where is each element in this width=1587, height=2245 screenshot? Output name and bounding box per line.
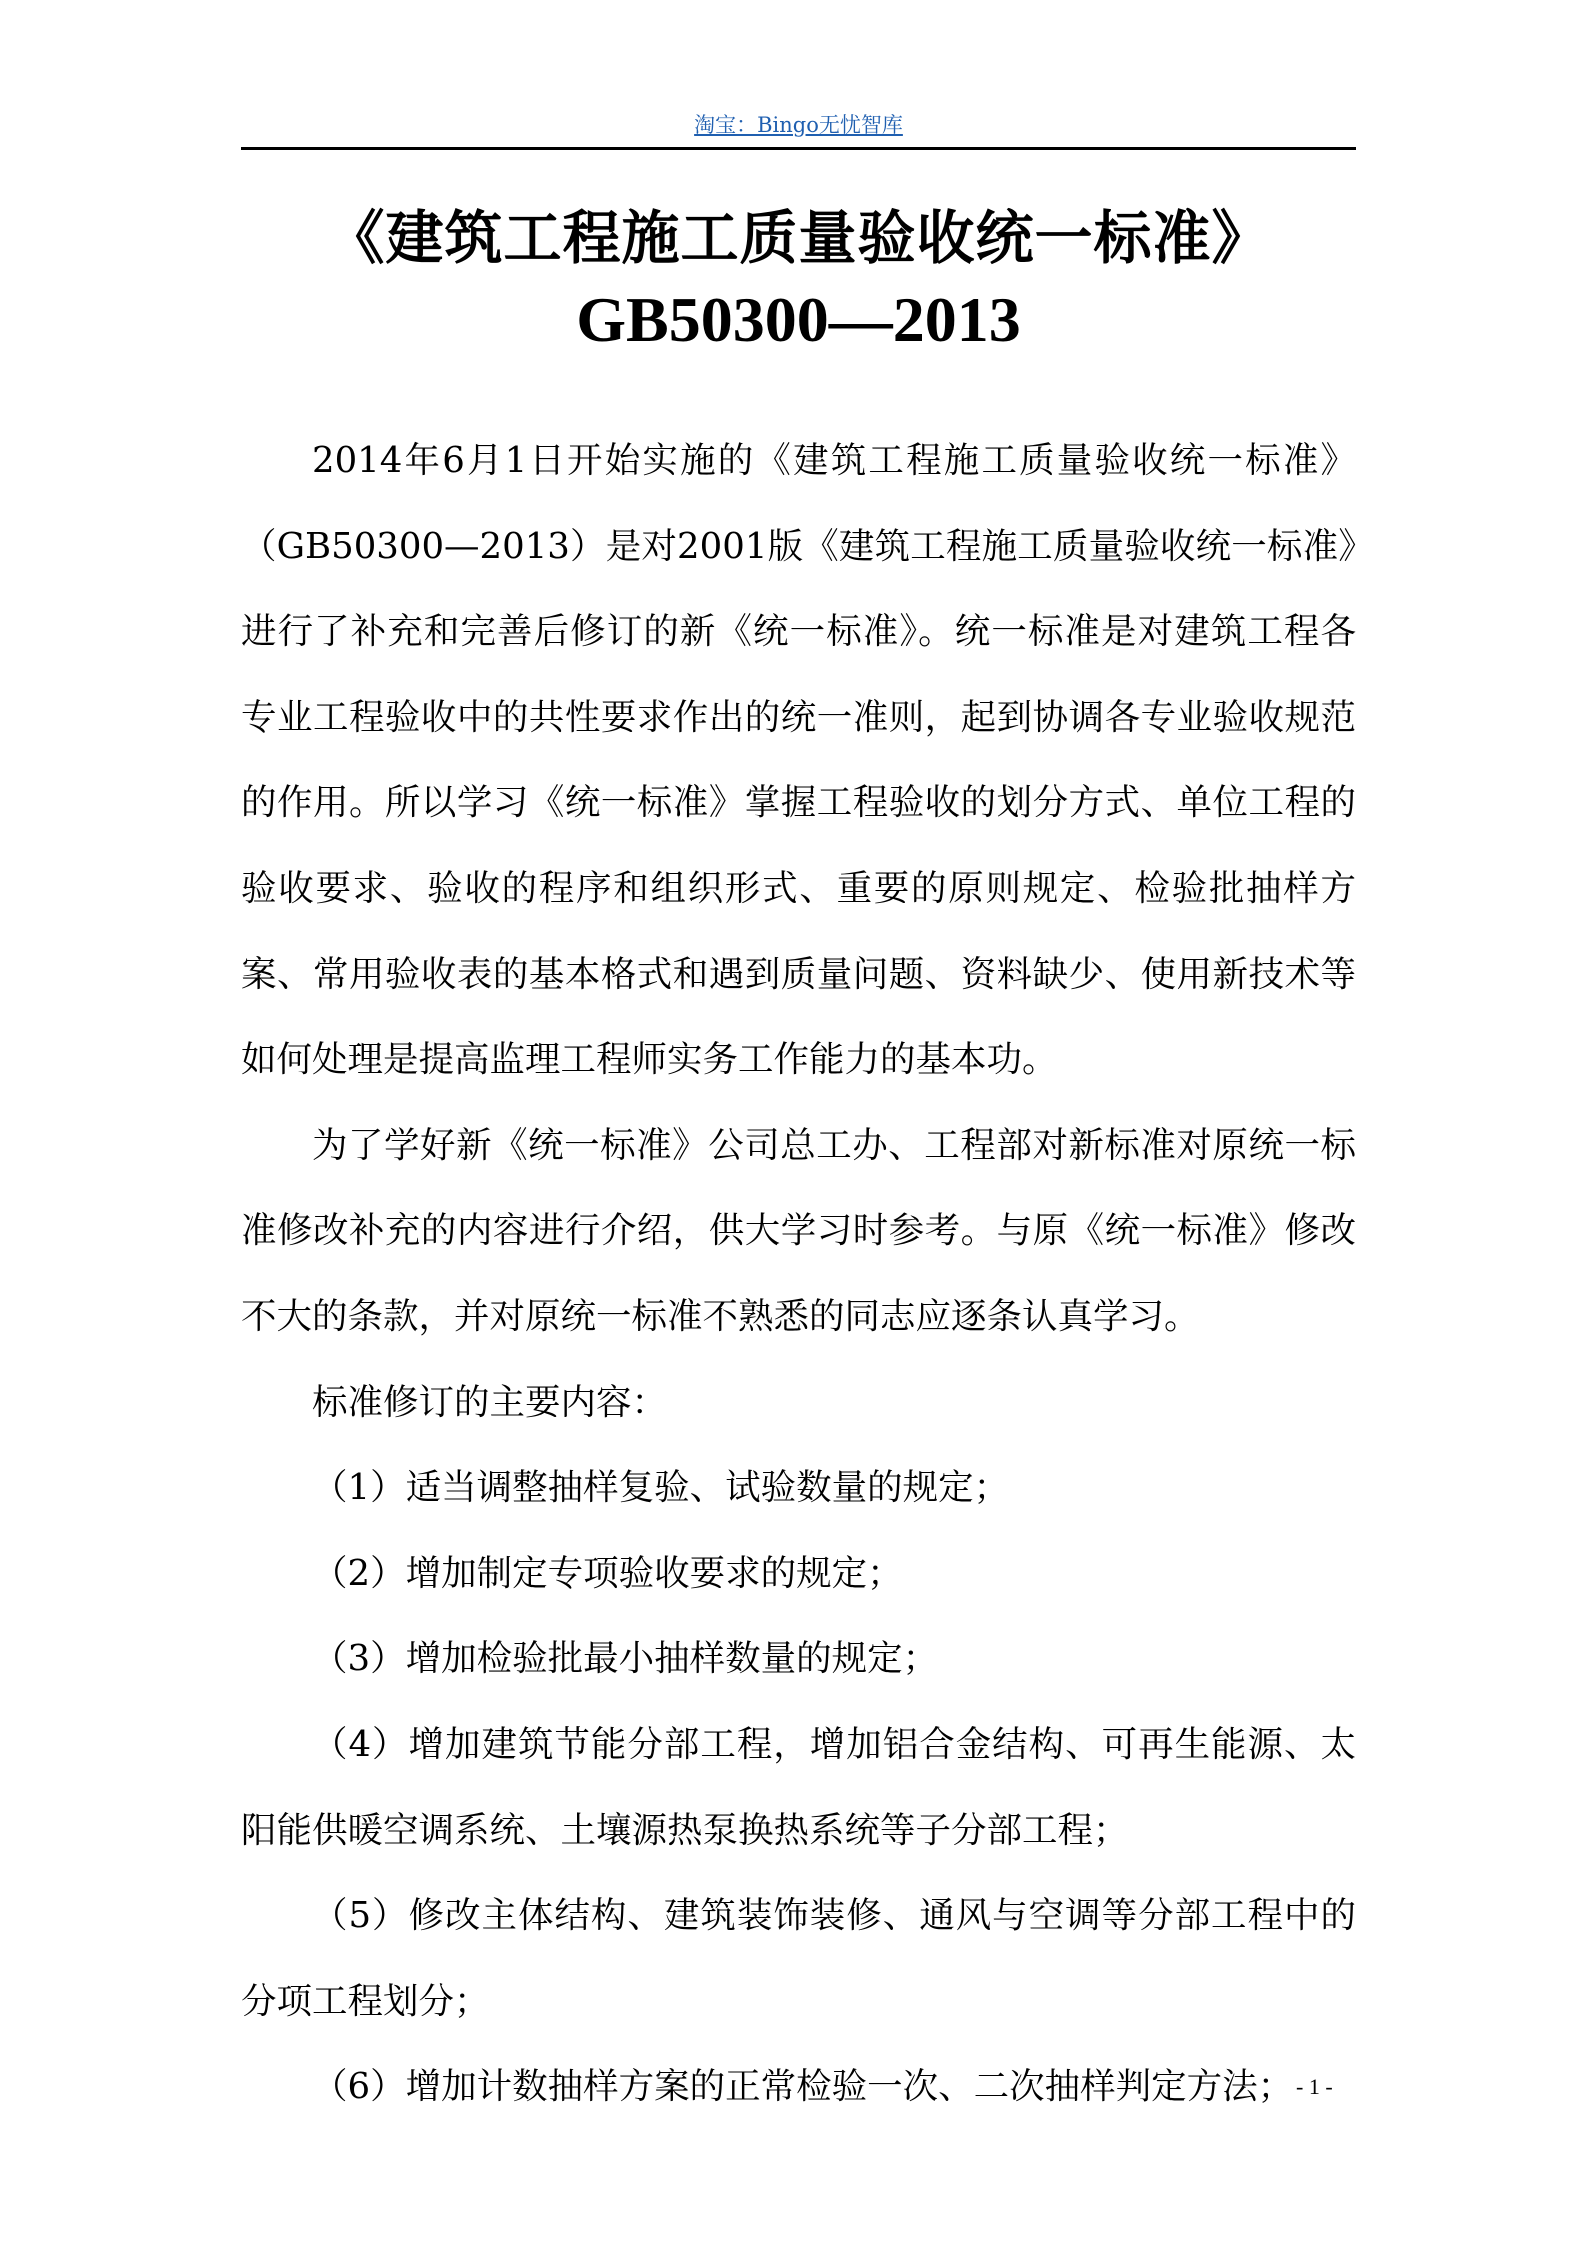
header-link[interactable]: 淘宝：Bingo无忧智库 (694, 110, 903, 140)
revision-item-5: （5）修改主体结构、建筑装饰装修、通风与空调等分部工程中的分项工程划分； (241, 1873, 1356, 2044)
revision-item-2: （2）增加制定专项验收要求的规定； (241, 1531, 1356, 1617)
page-header: 淘宝：Bingo无忧智库 (241, 110, 1356, 148)
header-divider (241, 147, 1356, 150)
revision-item-6: （6）增加计数抽样方案的正常检验一次、二次抽样判定方法； (241, 2044, 1356, 2130)
revision-item-4: （4）增加建筑节能分部工程，增加铝合金结构、可再生能源、太阳能供暖空调系统、土壤… (241, 1702, 1356, 1873)
page-number: - 1 - (1296, 2072, 1333, 2102)
intro-paragraph: 2014年6月1日开始实施的《建筑工程施工质量验收统一标准》（GB50300—2… (241, 418, 1356, 1103)
revision-item-1: （1）适当调整抽样复验、试验数量的规定； (241, 1445, 1356, 1531)
document-title: 《建筑工程施工质量验收统一标准》 (241, 200, 1356, 276)
purpose-paragraph: 为了学好新《统一标准》公司总工办、工程部对新标准对原统一标准修改补充的内容进行介… (241, 1103, 1356, 1360)
revision-item-3: （3）增加检验批最小抽样数量的规定； (241, 1616, 1356, 1702)
document-body: 2014年6月1日开始实施的《建筑工程施工质量验收统一标准》（GB50300—2… (241, 418, 1356, 2130)
standard-code: GB50300—2013 (241, 280, 1356, 360)
revision-heading: 标准修订的主要内容： (241, 1360, 1356, 1446)
